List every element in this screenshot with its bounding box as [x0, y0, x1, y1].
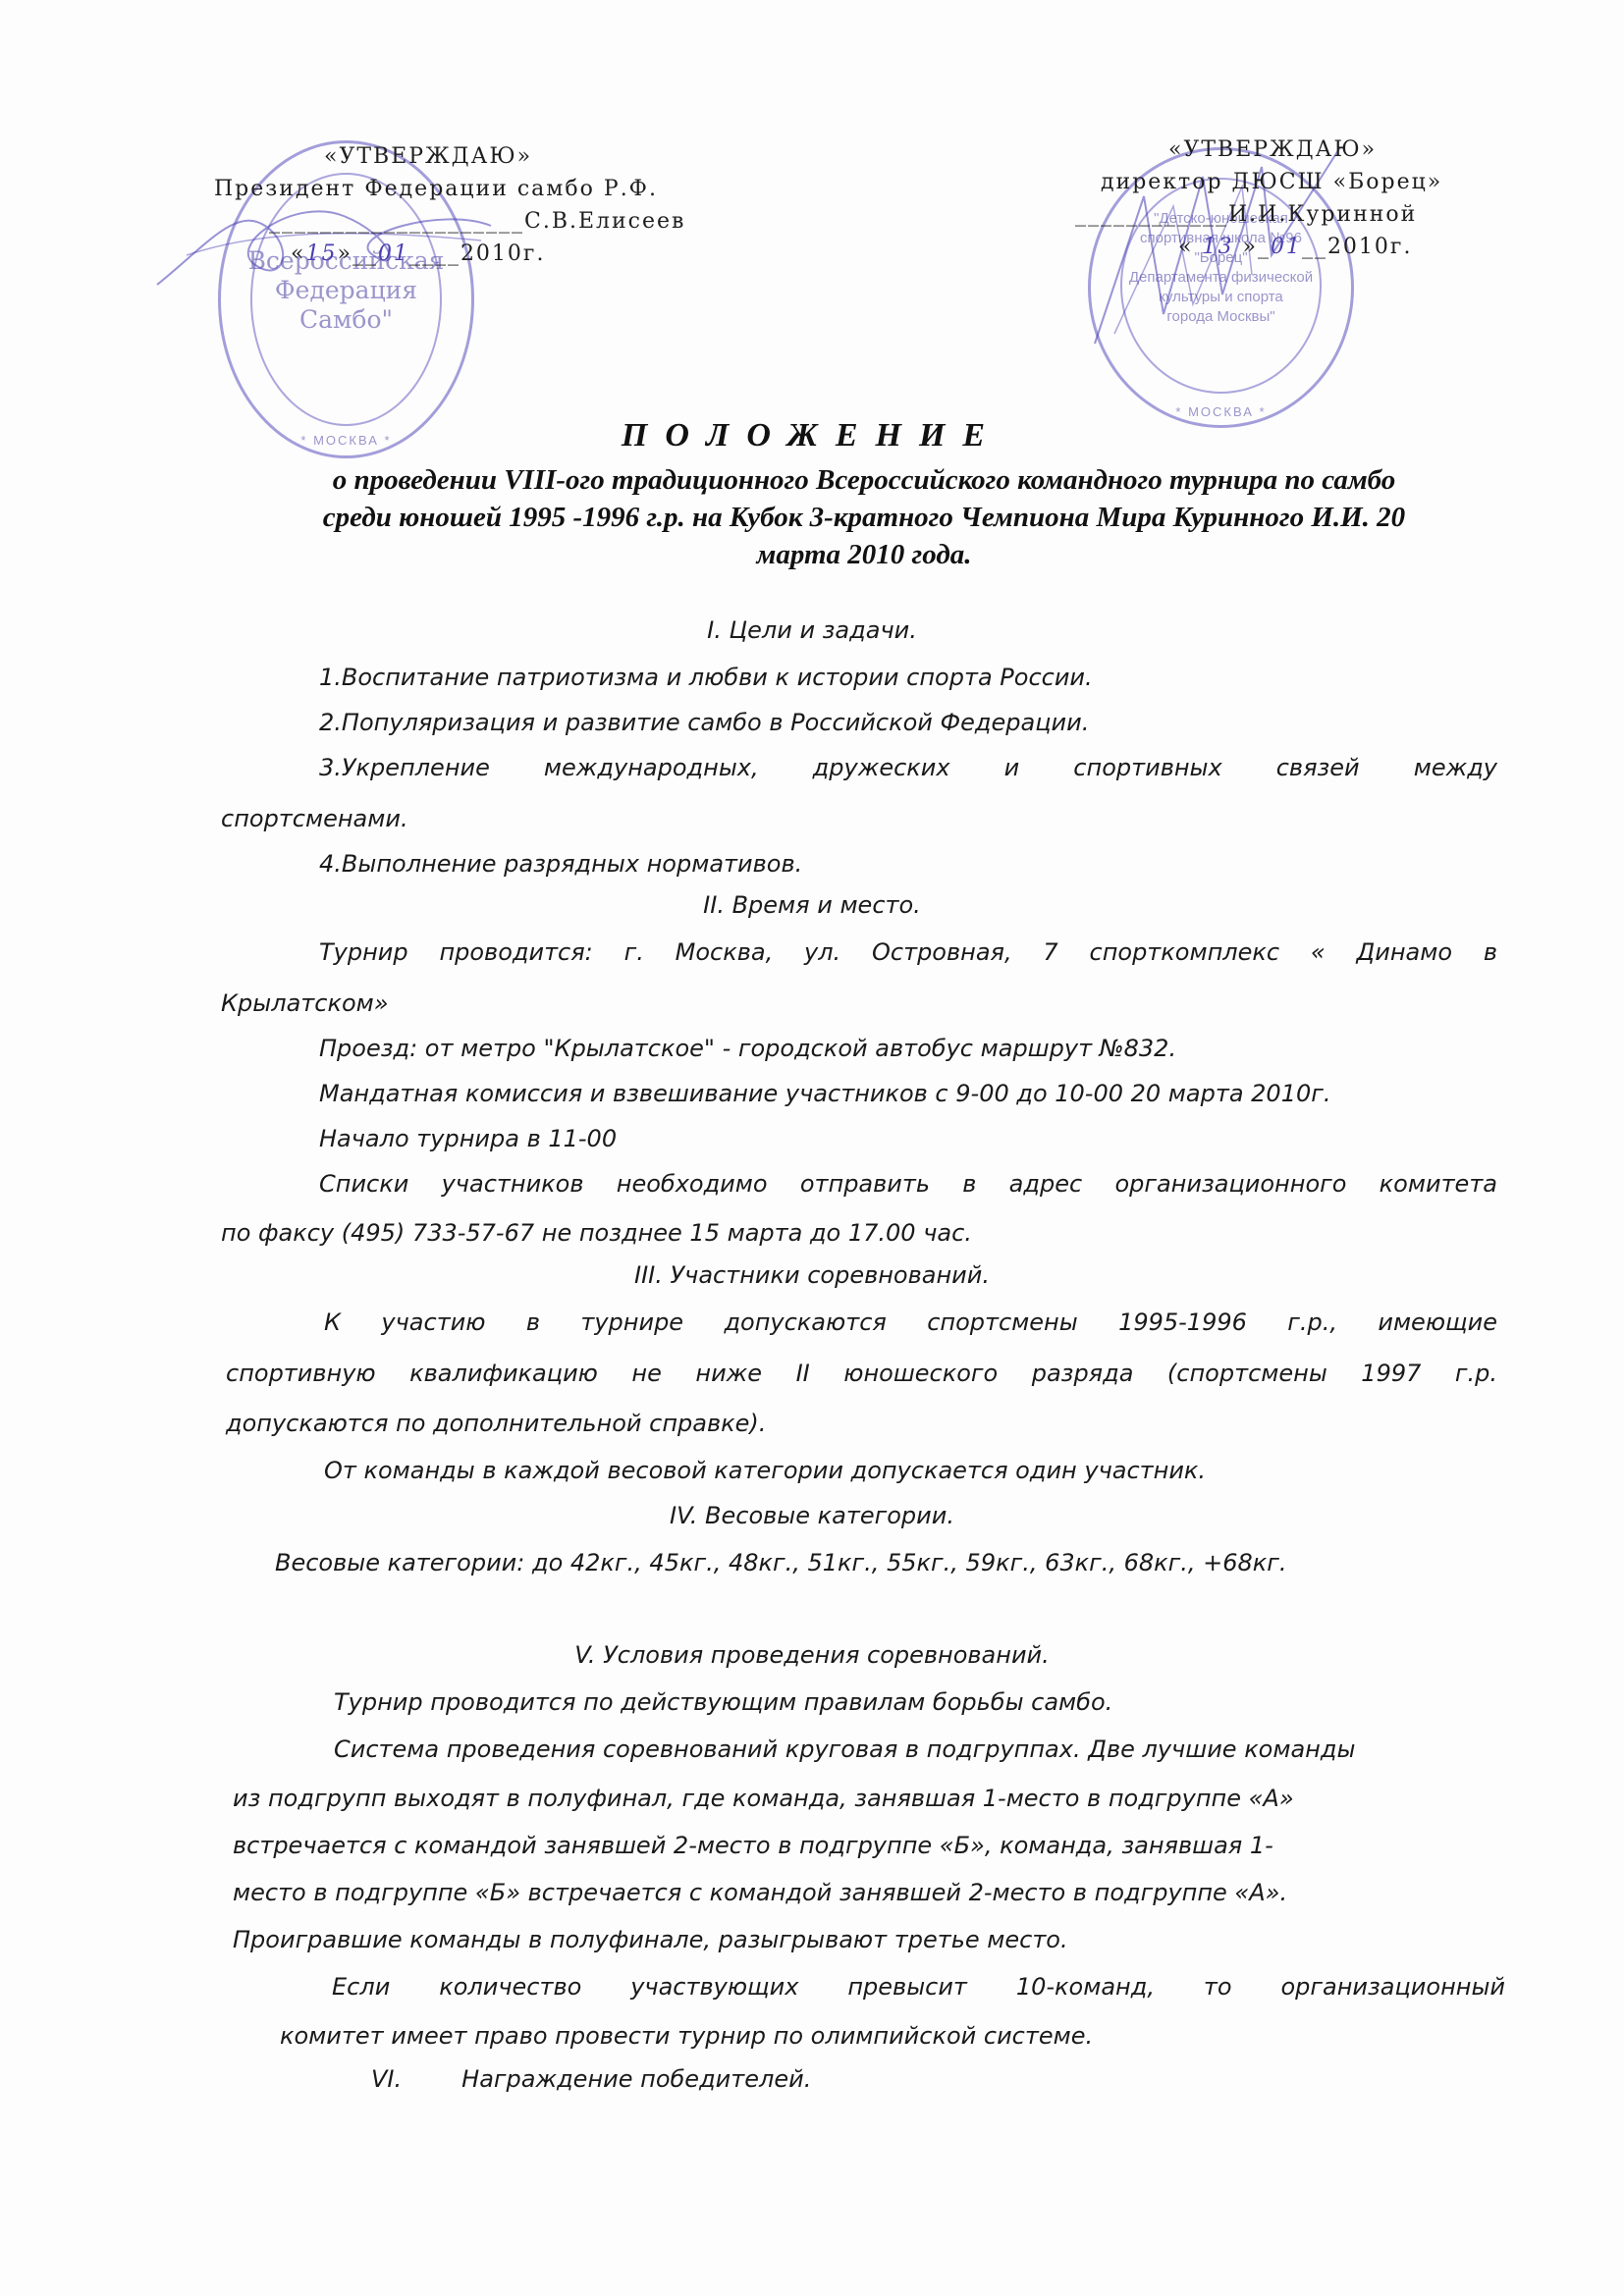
- paragraph-line: К участию в турнире допускаются спортсме…: [324, 1308, 1497, 1336]
- section-heading-weight-categories: IV. Весовые категории.: [0, 1502, 1624, 1529]
- paragraph-line: Турнир проводится по действующим правила…: [334, 1688, 1112, 1716]
- approval-position: Президент Федерации самбо Р.Ф.: [214, 173, 725, 205]
- paragraph-line: Проигравшие команды в полуфинале, разыгр…: [233, 1926, 1068, 1953]
- document-page: Всероссийская Федерация Самбо" * МОСКВА …: [0, 0, 1624, 2296]
- section-heading-time-place: II. Время и место.: [0, 891, 1624, 919]
- date-quote-close: »: [1242, 235, 1257, 259]
- paragraph-line: допускаются по дополнительной справке).: [226, 1410, 766, 1437]
- paragraph-line: Мандатная комиссия и взвешивание участни…: [319, 1080, 1330, 1107]
- paragraph-line: Проезд: от метро "Крылатское" - городско…: [319, 1035, 1176, 1062]
- stamp-line: Самбо": [221, 305, 471, 335]
- section-heading-awards: VI. Награждение победителей.: [371, 2065, 811, 2093]
- approval-block-right: «УТВЕРЖДАЮ» директор ДЮСШ «Борец» ______…: [1075, 133, 1488, 263]
- date-year: 2010г.: [460, 241, 546, 266]
- approval-position: директор ДЮСШ «Борец»: [1075, 166, 1488, 198]
- paragraph-line: по факсу (495) 733-57-67 не позднее 15 м…: [221, 1219, 972, 1247]
- approval-block-left: «УТВЕРЖДАЮ» Президент Федерации самбо Р.…: [214, 140, 725, 270]
- paragraph-line: из подгрупп выходят в полуфинал, где ком…: [233, 1785, 1294, 1812]
- section-heading-conditions: V. Условия проведения соревнований.: [0, 1641, 1624, 1669]
- section-heading-participants: III. Участники соревнований.: [0, 1261, 1624, 1289]
- paragraph-line: встречается с командой занявшей 2-место …: [233, 1832, 1273, 1859]
- paragraph-line: Начало турнира в 11-00: [319, 1125, 617, 1152]
- stamp-line: культуры и спорта: [1120, 288, 1322, 307]
- paragraph-line: комитет имеет право провести турнир по о…: [280, 2022, 1093, 2050]
- paragraph-line: Система проведения соревнований круговая…: [334, 1735, 1355, 1763]
- paragraph-line: От команды в каждой весовой категории до…: [324, 1457, 1206, 1484]
- paragraph-line: Списки участников необходимо отправить в…: [319, 1170, 1497, 1198]
- stamp-line: Федерация: [221, 276, 471, 305]
- approval-date: « 13 »_01__2010г.: [1075, 231, 1488, 263]
- paragraph-line: Если количество участвующих превысит 10-…: [332, 1973, 1505, 2001]
- subtitle-line: о проведении VIII-ого традиционного Всер…: [221, 461, 1507, 499]
- weight-categories-list: Весовые категории: до 42кг., 45кг., 48кг…: [275, 1549, 1287, 1576]
- goal-item-continued: спортсменами.: [221, 805, 408, 832]
- approval-date: «15»__01____2010г.: [214, 238, 725, 270]
- approval-signature-line: ____________И.И.Куринной: [1075, 198, 1488, 231]
- stamp-line: Департамента физической: [1120, 268, 1322, 288]
- date-day: 15: [305, 241, 337, 266]
- goal-item: 2.Популяризация и развитие самбо в Росси…: [319, 709, 1089, 736]
- date-quote-close: »: [337, 241, 352, 266]
- date-quote-open: «: [291, 241, 305, 266]
- subtitle-line: среди юношей 1995 -1996 г.р. на Кубок 3-…: [221, 499, 1507, 536]
- date-quote-open: «: [1178, 235, 1193, 259]
- paragraph-line: Турнир проводится: г. Москва, ул. Остров…: [319, 938, 1497, 966]
- subtitle-line: марта 2010 года.: [221, 536, 1507, 573]
- paragraph-line: спортивную квалификацию не ниже II юноше…: [226, 1360, 1497, 1387]
- date-day: 13: [1202, 235, 1233, 259]
- paragraph-line: Крылатском»: [221, 989, 389, 1017]
- approval-signature-line: ____________________С.В.Елисеев: [214, 205, 725, 238]
- date-year: 2010г.: [1327, 235, 1413, 259]
- document-title: ПОЛОЖЕНИЕ: [0, 417, 1624, 454]
- date-month: 01: [1271, 235, 1302, 259]
- paragraph-line: место в подгруппе «Б» встречается с кома…: [233, 1879, 1287, 1906]
- document-subtitle: о проведении VIII-ого традиционного Всер…: [221, 461, 1507, 573]
- goal-item: 4.Выполнение разрядных нормативов.: [319, 850, 802, 878]
- date-month: 01: [378, 241, 409, 266]
- approval-heading: «УТВЕРЖДАЮ»: [1075, 133, 1488, 166]
- section-heading-goals: I. Цели и задачи.: [0, 616, 1624, 644]
- stamp-line: города Москвы": [1120, 307, 1322, 327]
- approval-heading: «УТВЕРЖДАЮ»: [214, 140, 725, 173]
- goal-item: 3.Укрепление международных, дружеских и …: [319, 754, 1497, 781]
- goal-item: 1.Воспитание патриотизма и любви к истор…: [319, 664, 1093, 691]
